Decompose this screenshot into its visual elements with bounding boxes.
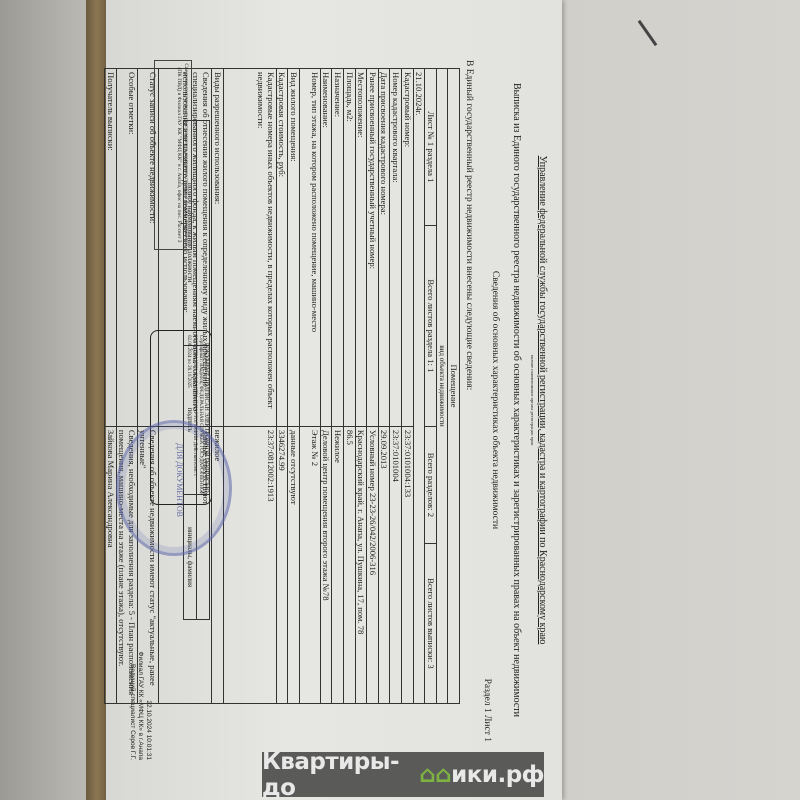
row-label: Кадастровая стоимость, руб: <box>276 69 288 427</box>
table-row: Местоположение:Краснодарский край, г. Ан… <box>355 69 367 704</box>
extract-date: 21.10.2024г. <box>413 69 425 704</box>
rotated-document: Управление федеральной службы государств… <box>106 0 562 800</box>
table-row: Наименование:Деловой центр помещения вто… <box>320 69 332 704</box>
footer-office: Филиал ГАУ КК «МФЦ КК» в г.Анапа <box>136 652 144 760</box>
row-label: Номер, тип этажа, на котором расположено… <box>299 69 320 427</box>
source-note: Сведения получены из программного компле… <box>154 60 192 250</box>
footer-specialist: Ведущий специалист Серов Г.Г. <box>128 652 136 760</box>
row-label: Номер кадастрового квартала: <box>390 69 402 427</box>
row-value: 23:37:0101004 <box>390 426 402 703</box>
pen-mark <box>638 20 658 46</box>
row-label: Дата присвоения кадастрового номера: <box>378 69 390 427</box>
table-row: Площадь, м2:86.5 <box>344 69 356 704</box>
watermark-text-end: ики.рф <box>451 762 544 788</box>
row-label: Кадастровые номера иных объектов недвижи… <box>223 69 276 427</box>
row-value: 86.5 <box>344 426 356 703</box>
table-row: Дата присвоения кадастрового номера:29.0… <box>378 69 390 704</box>
object-type: Помещение <box>448 69 460 704</box>
table-row: Назначение:Нежилое <box>332 69 344 704</box>
table-row: Получатель выписки:Зайкова Марина Алекса… <box>105 69 117 704</box>
sheets-total: Всего листов выписки: 3 <box>425 543 437 703</box>
table-row: Особые отметки:Сведения, необходимые для… <box>117 69 138 704</box>
row-value: Деловой центр помещения второго этажа №7… <box>320 426 332 703</box>
row-label: Площадь, м2: <box>344 69 356 427</box>
row-value: Нежилое <box>332 426 344 703</box>
house-icon: ⌂⌂ <box>419 762 451 788</box>
row-label: Получатель выписки: <box>105 69 117 427</box>
sections-total: Всего разделов: 2 <box>425 426 437 543</box>
row-value: 23:37:0812002:1913 <box>223 426 276 703</box>
footer-info: 22.10.2024 10:01:31 Филиал ГАУ КК «МФЦ К… <box>128 652 152 760</box>
row-label: Ранее присвоенный государственный учетны… <box>367 69 379 427</box>
cadastral-number-value: 23:37:0101004:133 <box>402 426 414 703</box>
row-value: 29.09.2013 <box>378 426 390 703</box>
section-label: Раздел 1 Лист 1 <box>482 679 492 742</box>
document-title: Выписка из Единого государственного реес… <box>511 0 522 800</box>
table-row: Номер кадастрового квартала:23:37:010100… <box>390 69 402 704</box>
row-value: Условный номер 23-23-26/042/2006-316 <box>367 426 379 703</box>
table-row: Ранее присвоенный государственный учетны… <box>367 69 379 704</box>
table-row: Кадастровая стоимость, руб:3346274.99 <box>276 69 288 704</box>
table-row: Кадастровые номера иных объектов недвижи… <box>223 69 276 704</box>
cadastral-number-label: Кадастровый номер: <box>402 69 414 427</box>
row-label: Виды разрешенного использования: <box>212 69 224 427</box>
authority-caption: полное наименование органа регистрации п… <box>530 0 535 800</box>
table-row: Номер, тип этажа, на котором расположено… <box>299 69 320 704</box>
row-label: Наименование: <box>320 69 332 427</box>
authority-name: Управление федеральной службы государств… <box>537 0 548 800</box>
sheet-number: Лист № 1 раздела 1 <box>425 69 437 226</box>
round-stamp: ДЛЯ ДОКУМЕНТОВ <box>116 420 232 556</box>
row-value: 3346274.99 <box>276 426 288 703</box>
row-value: Краснодарский край, г. Анапа, ул. Пушкин… <box>355 426 367 703</box>
row-value: Зайкова Марина Александровна <box>105 426 117 703</box>
table-row: Виды разрешенного использования:нежилое <box>212 69 224 704</box>
row-value: Этаж № 2 <box>299 426 320 703</box>
intro-text: В Единый государственный реестр недвижим… <box>464 60 474 390</box>
row-label: Местоположение: <box>355 69 367 427</box>
footer-datetime: 22.10.2024 10:01:31 <box>144 652 152 760</box>
table-row: Вид жилого помещения:данные отсутствуют <box>288 69 300 704</box>
watermark-text-start: Квартиры-до <box>262 749 419 800</box>
row-label: Назначение: <box>332 69 344 427</box>
sheets-in-section: Всего листов раздела 1: 1 <box>425 225 437 426</box>
row-label: Особые отметки: <box>117 69 138 427</box>
row-label: Вид жилого помещения: <box>288 69 300 427</box>
object-type-caption: вид объекта недвижимости <box>436 69 448 704</box>
watermark-banner: Квартиры-до ⌂⌂ ики.рф <box>262 752 544 797</box>
stamp-text: ДЛЯ ДОКУМЕНТОВ <box>175 443 184 517</box>
row-value: данные отсутствуют <box>288 426 300 703</box>
